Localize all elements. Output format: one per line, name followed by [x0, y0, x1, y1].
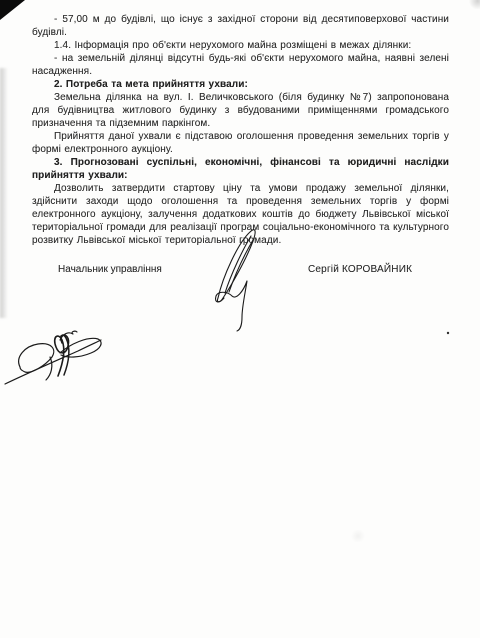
paragraph-consequences: Дозволить затвердити стартову ціну та ум…: [32, 182, 449, 247]
page-corner-scan-artifact: [0, 0, 25, 20]
paragraph-item-1-4: 1.4. Інформація про об'єкти нерухомого м…: [32, 39, 449, 52]
paragraph-distance-note: - 57,00 м до будівлі, що існує з західно…: [32, 13, 449, 39]
document-body: - 57,00 м до будівлі, що існує з західно…: [32, 13, 449, 247]
official-signature-secondary: [5, 331, 101, 384]
section-3-heading: 3. Прогнозовані суспільні, економічні, ф…: [32, 156, 449, 182]
ink-dot: [447, 332, 449, 334]
section-2-heading: 2. Потреба та мета прийняття ухвали:: [32, 78, 449, 91]
paragraph-auction-basis: Прийняття даної ухвали є підставою оголо…: [32, 130, 449, 156]
paragraph-land-plot: Земельна ділянка на вул. І. Величковсько…: [32, 91, 449, 130]
paragraph-no-objects: - на земельній ділянці відсутні будь-які…: [32, 52, 449, 78]
top-right-scan-smudge: [468, 0, 480, 9]
scanned-document-page: - 57,00 м до будівлі, що існує з західно…: [0, 0, 480, 638]
signer-name: Сергій КОРОВАЙНИК: [308, 264, 412, 275]
left-edge-scan-shadow: [0, 68, 8, 318]
signer-position-title: Начальник управління: [58, 264, 162, 275]
faint-scan-smudge: [350, 530, 366, 542]
